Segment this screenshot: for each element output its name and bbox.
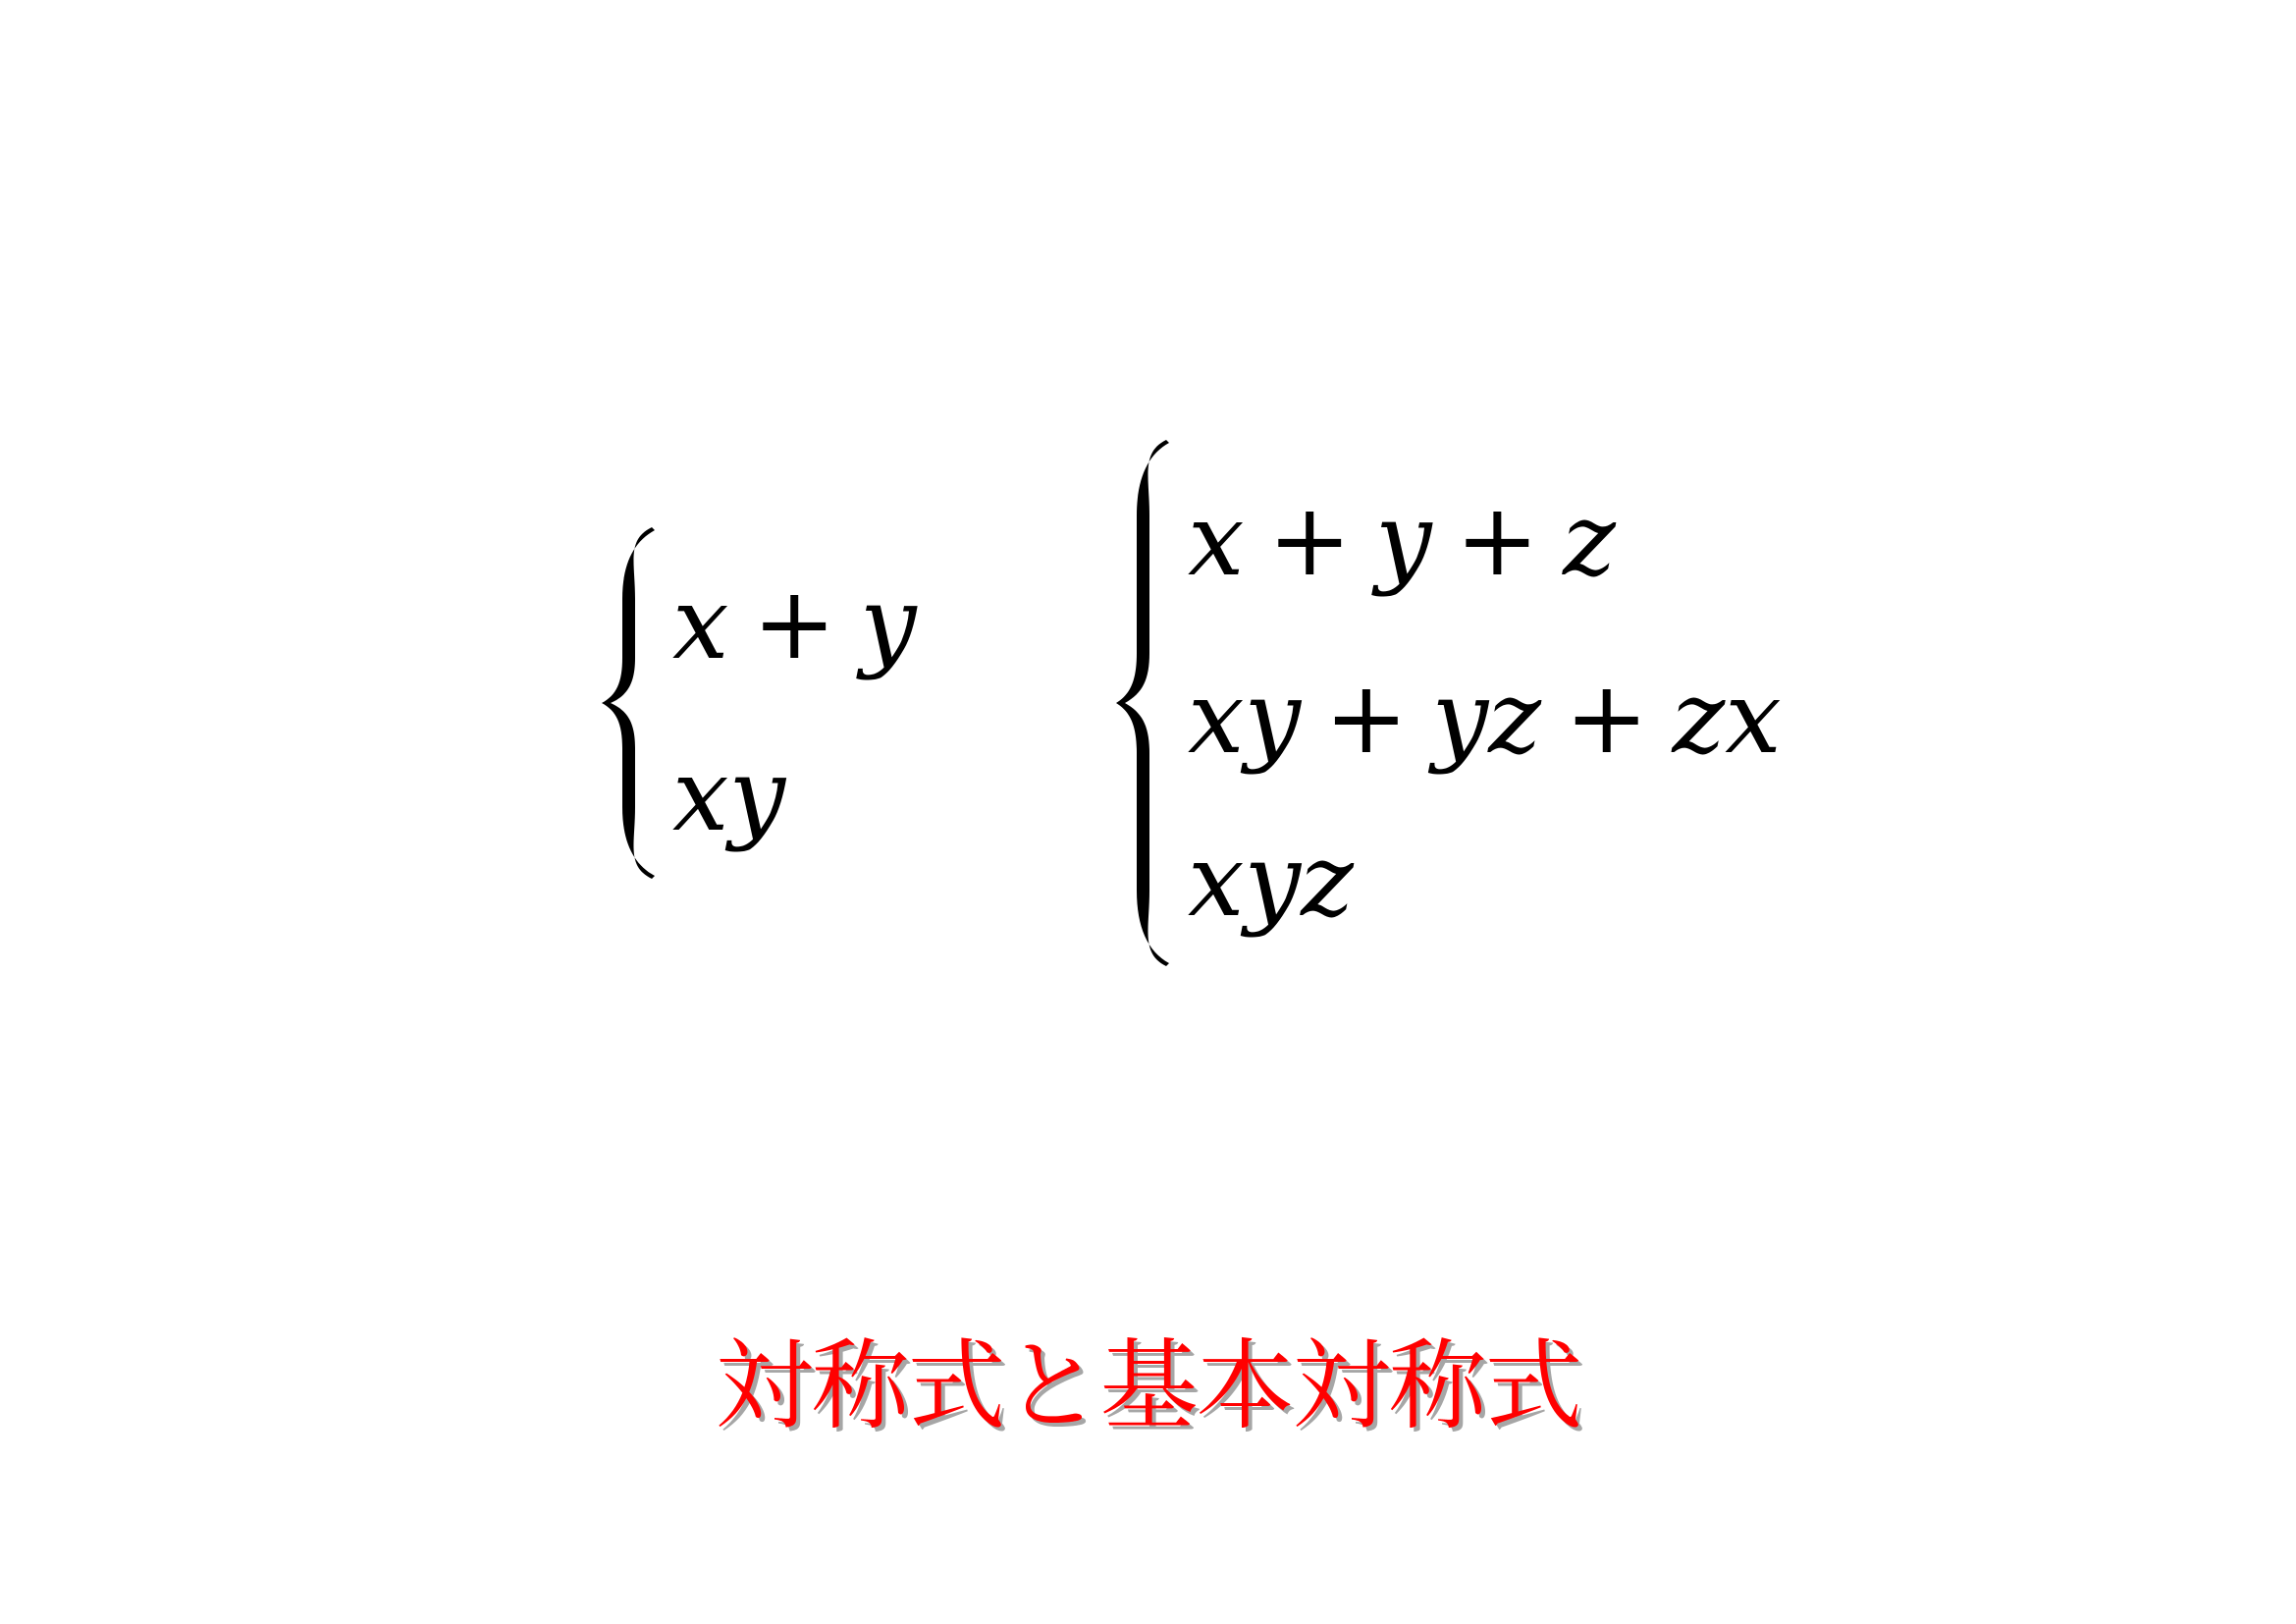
plus-operator: +: [1541, 660, 1672, 777]
plus-operator: +: [1301, 660, 1431, 777]
term: x: [1188, 482, 1245, 599]
term: x: [672, 566, 729, 682]
plus-operator: +: [1245, 482, 1375, 599]
term: y: [860, 566, 917, 682]
term: yz: [1432, 660, 1541, 777]
plus-operator: +: [1432, 482, 1563, 599]
right-row-3: xyz: [1188, 832, 1354, 932]
term: y: [1375, 482, 1432, 599]
right-row-2: xy+yz+zx: [1188, 669, 1782, 769]
plus-operator: +: [729, 566, 860, 682]
term: z: [1563, 482, 1616, 599]
term: xy: [672, 737, 785, 854]
right-brace-shape: [1116, 440, 1169, 966]
term: xy: [1188, 660, 1301, 777]
term: xyz: [1188, 823, 1354, 940]
right-row-1: x+y+z: [1188, 491, 1616, 591]
left-row-1: x+y: [672, 574, 917, 675]
page-title: 対称式と基本対称式: [0, 1327, 2296, 1445]
left-brace-shape: [602, 527, 655, 879]
term: zx: [1672, 660, 1781, 777]
left-row-2: xy: [672, 746, 785, 846]
